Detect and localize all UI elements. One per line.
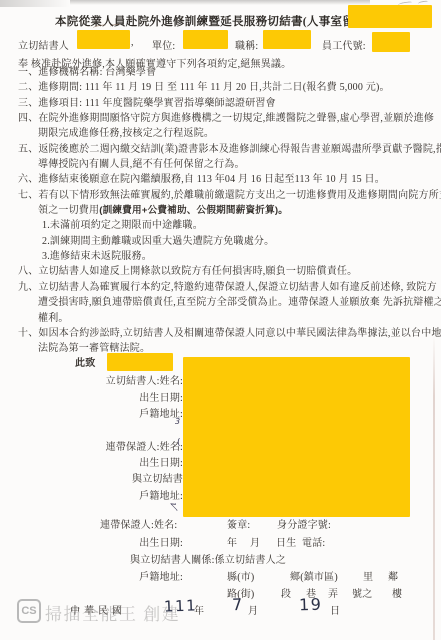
- county-label: 縣(市): [227, 568, 254, 583]
- scan-artifact-top-streak: [70, 0, 370, 5]
- clause-7-item-3: 3.進修結束未返院服務。: [0, 249, 441, 264]
- li-label: 里: [363, 568, 373, 583]
- scan-artifact-right-edge: [433, 335, 435, 640]
- number-label: 號之: [352, 585, 372, 600]
- handwriting-fragment-address: 3: [175, 417, 180, 426]
- scan-artifact-top-left-smudge: [0, 0, 70, 7]
- clause-7-cont: 領之一切費用(訓練費用+公費補助、公假期間薪資折算)。: [0, 203, 441, 218]
- clause-7-cont-bold: (訓練費用+公費補助、公假期間薪資折算)。: [99, 205, 288, 216]
- clause-7-cont-text: 領之一切費用: [38, 205, 99, 216]
- redaction-job-title: [263, 30, 311, 49]
- redaction-employee-id: [372, 32, 410, 52]
- seal-label: 簽章:: [227, 516, 250, 531]
- guarantor2-name-label: 連帶保證人:姓名:: [100, 516, 177, 531]
- clause-6: 六、進修結束後願意在院內繼續服務,自 113 年04 月 16 日起至113 年…: [0, 172, 441, 187]
- job-title-label: 職稱:: [235, 37, 258, 52]
- salutation: 此致: [75, 354, 95, 369]
- clause-8: 八、立切結書人如違反上開條款以致院方有任何損害時,願負一切賠償責任。: [0, 264, 441, 279]
- scanned-document-page: CS 掃描全能王 創建 本院從業人員赴院外進修訓練暨延長服務切結書(人事室留存 …: [0, 0, 441, 640]
- handwritten-day: 19: [299, 595, 323, 615]
- redaction-declarant-name: [77, 30, 130, 49]
- guarantor2-address-label: 戶籍地址:: [0, 568, 183, 583]
- clause-list: 一、進修機構名稱: 台灣藥學會 二、進修期間: 111 年 11 月 19 日 …: [0, 65, 441, 357]
- clause-3: 三、進修項目: 111 年度醫院藥學實習指導藥師認證研習會: [0, 96, 441, 111]
- declarant-birth-label: 出生日期:: [0, 389, 183, 404]
- camscanner-logo-icon: CS: [17, 599, 41, 623]
- lin-label: 鄰: [388, 568, 398, 583]
- clause-7-item-2: 2.訓練期間主動離職或因重大過失遭院方免職處分。: [0, 234, 441, 249]
- era-label: 中華民國: [70, 602, 126, 617]
- clause-4-cont: 期限完成進修任務,按核定之行程返院。: [0, 126, 441, 141]
- clause-7-item-1: 1.未滿前項約定之期限而中途離職。: [0, 218, 441, 233]
- clause-10-cont: 法院為第一審管轄法院。: [0, 341, 441, 356]
- alley-label: 弄: [328, 585, 338, 600]
- handwritten-year: 111: [164, 596, 198, 615]
- guarantor1-birth-label: 出生日期:: [0, 454, 183, 469]
- clause-9-cont: 遭受損害時,願負連帶賠償責任,直至院方全部受償為止。連帶保證人並願放棄 先訴抗辯…: [0, 295, 441, 310]
- guarantor1-relation-label: 與立切結書: [0, 470, 183, 485]
- id-number-label: 身分證字號:: [277, 516, 331, 531]
- clause-4: 四、在院外進修期間願恪守院方與進修機構之一切規定,維護醫院之聲譽,虛心學習,並願…: [0, 111, 441, 126]
- township-label: 鄉(鎮市區): [290, 568, 338, 583]
- floor-label: 樓: [392, 585, 402, 600]
- declarant-label: 立切結書人: [18, 37, 69, 52]
- guarantor1-name-label: 連帶保證人:姓名:: [0, 438, 183, 453]
- phone-label: 電話:: [302, 534, 325, 549]
- clause-10: 十、如因本合約涉訟時,立切結書人及相關連帶保證人同意以中華民國法律為準據法,並以…: [0, 326, 441, 341]
- redaction-hospital-name: [107, 353, 173, 371]
- clause-2: 二、進修期間: 111 年 11 月 19 日 至 111 年 11 月 20 …: [0, 80, 441, 95]
- declarant-address-label: 戶籍地址:: [0, 405, 183, 420]
- clause-9-cont2: 權利。: [0, 311, 441, 326]
- guarantor1-address-label: 戶籍地址:: [0, 487, 183, 502]
- day-born-label: 日生: [276, 534, 296, 549]
- guarantor2-birth-label: 出生日期:: [0, 534, 183, 549]
- comma: ,: [131, 37, 134, 48]
- handwriting-fragment-paren: (: [177, 438, 181, 448]
- redaction-unit: [183, 30, 228, 49]
- declarant-name-label: 立切結書人:姓名:: [0, 372, 183, 387]
- handwritten-month: 7: [232, 595, 244, 614]
- clause-1: 一、進修機構名稱: 台灣藥學會: [0, 65, 441, 80]
- employee-id-label: 員工代號:: [322, 37, 366, 52]
- clause-5: 五、返院後應於二週內繳交結訓(業)證書影本及進修訓練心得報告書並願竭盡所學貢獻予…: [0, 142, 441, 157]
- redaction-retention-copy: [348, 5, 432, 28]
- year-label: 年: [227, 534, 237, 549]
- relation-line: 與立切結書人關係:係立切結書人之: [130, 551, 286, 566]
- redaction-signature-block: [183, 357, 410, 517]
- day-unit: 日: [330, 602, 340, 617]
- month-unit: 月: [248, 602, 258, 617]
- clause-5-cont: 導傳授院內有關人員,絕不有任何保留之行為。: [0, 157, 441, 172]
- section-label: 段: [281, 585, 291, 600]
- clause-9: 九、立切結書人為確實履行本約定,特邀約連帶保證人,保證立切結書人如有違反前述條,…: [0, 280, 441, 295]
- unit-label: 單位:: [152, 37, 175, 52]
- clause-7: 七、若有以下情形致無法確實履約,於離職前繳還院方支出之一切進修費用及進修期間向院…: [0, 188, 441, 203]
- month-label: 月: [250, 534, 260, 549]
